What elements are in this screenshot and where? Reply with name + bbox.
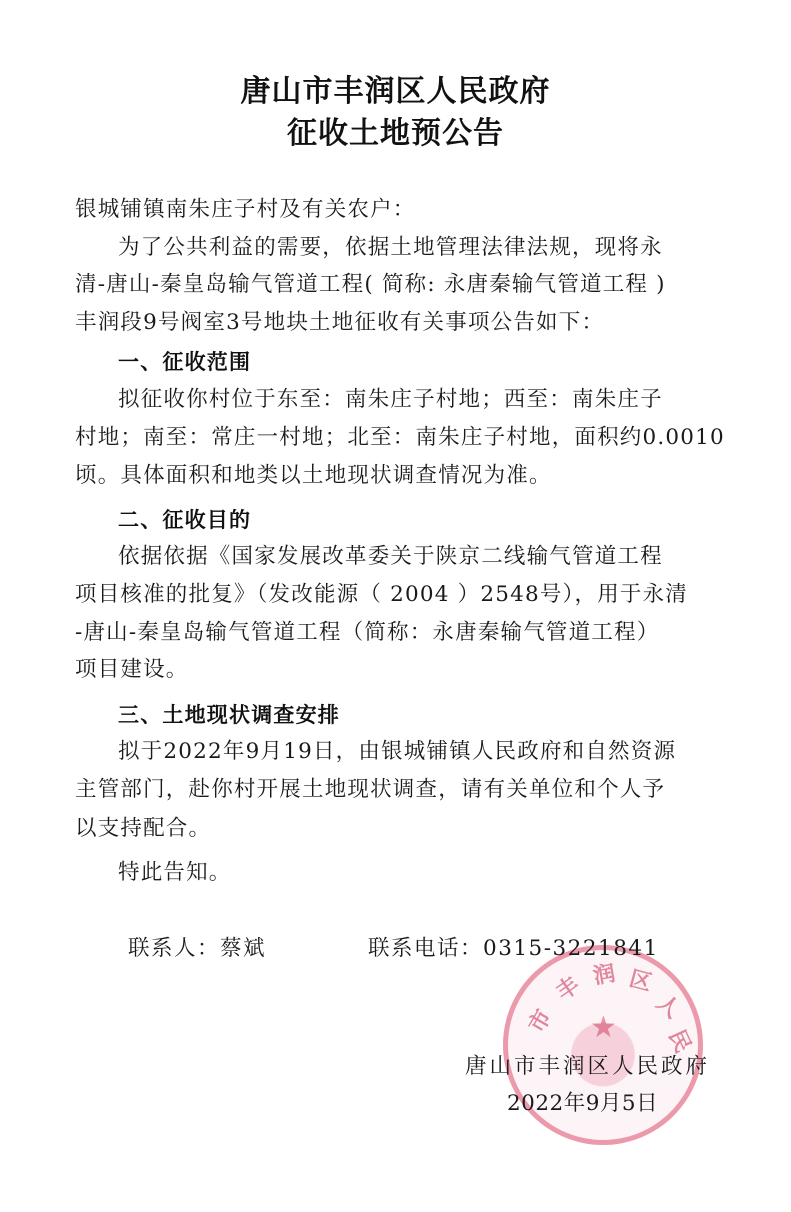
- section-2-heading: 二、征收目的: [118, 506, 768, 534]
- document-title-line-1: 唐山市丰润区人民政府: [0, 66, 791, 110]
- signature-date: 2022年9月5日: [507, 1086, 658, 1117]
- contact-person: 联系人：蔡斌: [128, 931, 266, 962]
- section-2-line-2: 项目核准的批复》（发改能源（ 2004 ）2548号），用于永清: [75, 581, 725, 609]
- closing-text: 特此告知。: [118, 859, 768, 887]
- section-2-line-1: 依据依据《国家发展改革委关于陕京二线输气管道工程: [118, 543, 768, 571]
- signature-organization: 唐山市丰润区人民政府: [465, 1049, 710, 1080]
- intro-line-2: 清-唐山-秦皇岛输气管道工程( 简称: 永唐秦输气管道工程 ): [75, 271, 725, 299]
- section-3-line-3: 以支持配合。: [75, 815, 725, 843]
- section-1-line-1: 拟征收你村位于东至：南朱庄子村地；西至：南朱庄子: [118, 386, 768, 414]
- section-3-line-1: 拟于2022年9月19日，由银城铺镇人民政府和自然资源: [118, 738, 768, 766]
- star-emblem-icon: ★: [590, 1010, 617, 1045]
- addressee: 银城铺镇南朱庄子村及有关农户：: [75, 196, 725, 224]
- contact-phone: 联系电话：0315-3221841: [368, 931, 659, 962]
- document-page: 唐山市丰润区人民政府 征收土地预公告 银城铺镇南朱庄子村及有关农户： 为了公共利…: [0, 0, 791, 1212]
- section-1-line-3: 顷。具体面积和地类以土地现状调查情况为准。: [75, 462, 725, 490]
- contact-phone-number: 0315-3221841: [483, 936, 659, 961]
- section-3-heading: 三、土地现状调查安排: [118, 701, 768, 729]
- contact-person-label: 联系人：: [128, 936, 220, 961]
- section-1-line-2: 村地；南至：常庄一村地；北至：南朱庄子村地，面积约0.0010: [75, 424, 725, 452]
- section-3-line-2: 主管部门，赴你村开展土地现状调查，请有关单位和个人予: [75, 776, 725, 804]
- contact-phone-label: 联系电话：: [368, 936, 483, 961]
- section-2-line-4: 项目建设。: [75, 656, 725, 684]
- intro-line-1: 为了公共利益的需要，依据土地管理法律法规，现将永: [118, 234, 768, 262]
- section-1-heading: 一、征收范围: [118, 348, 768, 376]
- intro-line-3: 丰润段9号阀室3号地块土地征收有关事项公告如下：: [75, 309, 725, 337]
- section-2-line-3: -唐山-秦皇岛输气管道工程（简称：永唐秦输气管道工程）: [75, 619, 725, 647]
- document-title-line-2: 征收土地预公告: [0, 108, 791, 152]
- contact-person-name: 蔡斌: [220, 936, 266, 961]
